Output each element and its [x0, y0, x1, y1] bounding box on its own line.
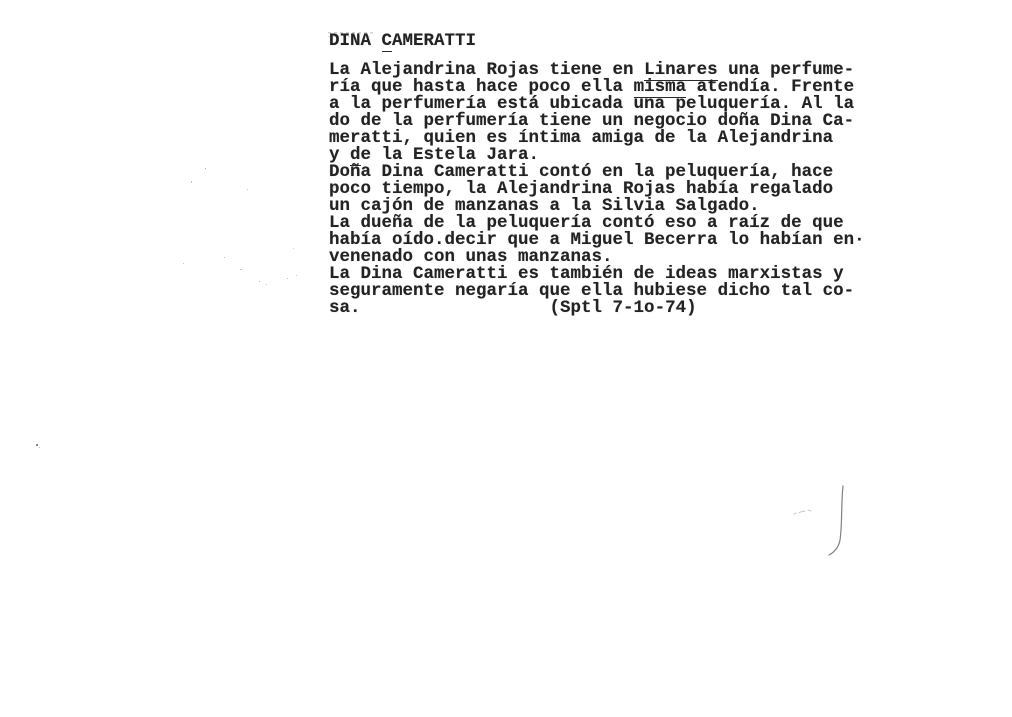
scan-speck — [240, 269, 242, 270]
scanned-document-page: DINA CAMERATTI La Alejandrina Rojas tien… — [0, 0, 1012, 717]
scan-speck — [293, 248, 294, 249]
scan-smudge — [332, 185, 337, 189]
scan-speck — [259, 281, 260, 282]
scan-speck — [266, 284, 267, 285]
scan-speck — [191, 181, 192, 183]
scan-speck — [183, 263, 184, 264]
text-line: sa. (Sptl 7-1o-74) — [329, 300, 865, 317]
scan-speck — [224, 257, 225, 258]
scan-speck — [36, 444, 38, 446]
scan-speck — [287, 278, 288, 279]
scan-speck — [247, 189, 248, 190]
date-note: (Sptl 7-1o-74) — [550, 298, 697, 318]
document-body: La Alejandrina Rojas tiene en Linares un… — [329, 62, 865, 317]
text-segment: DINA — [329, 31, 382, 51]
scan-speck — [205, 168, 206, 169]
pen-squiggle-artifact — [792, 506, 818, 518]
document-title: DINA CAMERATTI — [329, 33, 476, 50]
scan-speck — [296, 275, 297, 276]
pen-stroke-artifact — [824, 482, 850, 562]
text-segment: sa. — [329, 298, 550, 318]
text-segment: AMERATTI — [392, 31, 476, 51]
scan-speck — [39, 447, 40, 448]
text-segment: C — [382, 31, 393, 52]
